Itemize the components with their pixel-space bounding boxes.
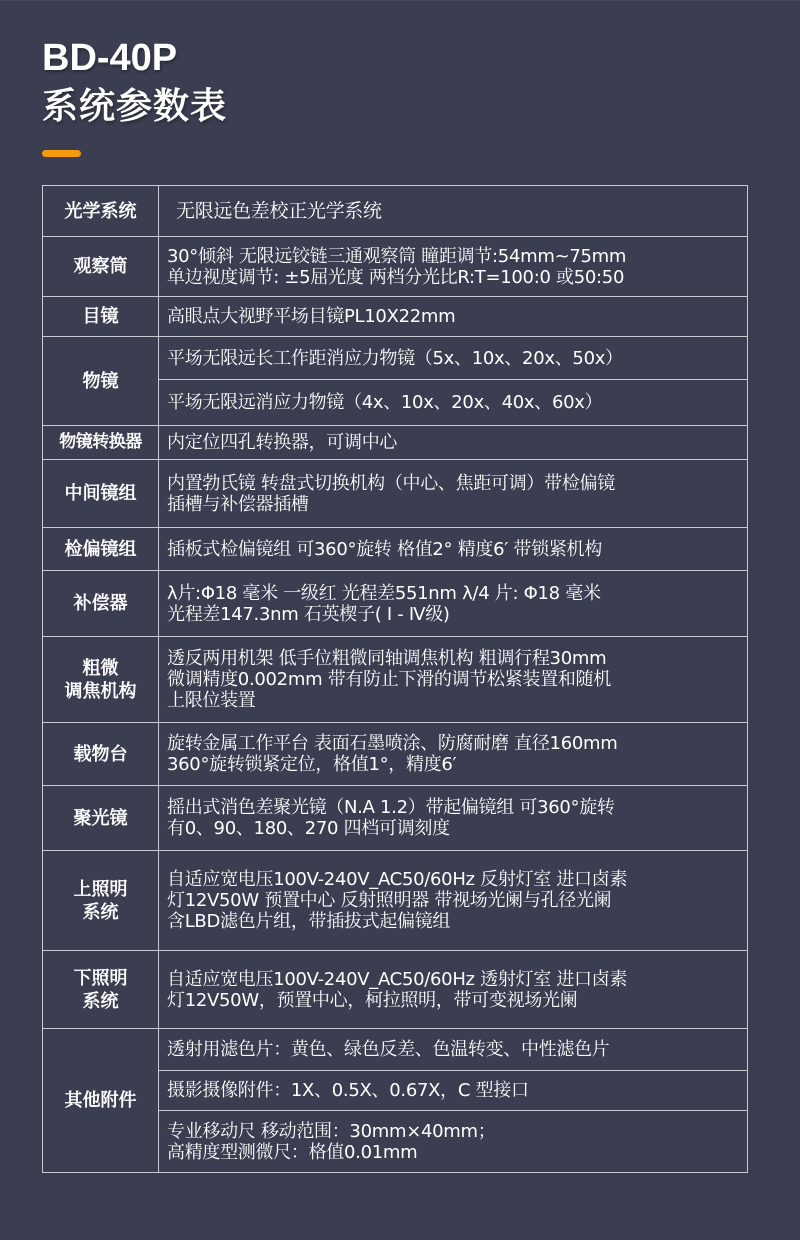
table-row-accessories: 其他附件 透射用滤色片：黄色、绿色反差、色温转变、中性滤色片	[43, 1029, 748, 1071]
row-label: 载物台	[43, 723, 159, 786]
table-row-upper-illumination: 上照明 系统 自适应宽电压100V-240V_AC50/60Hz 反射灯室 进口…	[43, 851, 748, 951]
row-value: 30°倾斜 无限远铰链三通观察筒 瞳距调节:54mm~75mm 单边视度调节: …	[159, 237, 748, 297]
row-value: 内置勃氏镜 转盘式切换机构（中心、焦距可调）带检偏镜 插槽与补偿器插槽	[159, 460, 748, 528]
row-value: 透反两用机架 低手位粗微同轴调焦机构 粗调行程30mm 微调精度0.002mm …	[159, 637, 748, 723]
row-label: 中间镜组	[43, 460, 159, 528]
row-label: 上照明 系统	[43, 851, 159, 951]
table-row-focusing: 粗微 调焦机构 透反两用机架 低手位粗微同轴调焦机构 粗调行程30mm 微调精度…	[43, 637, 748, 723]
title-block: BD-40P 系统参数表	[42, 36, 227, 132]
row-value: 旋转金属工作平台 表面石墨喷涂、防腐耐磨 直径160mm 360°旋转锁紧定位，…	[159, 723, 748, 786]
table-row-nosepiece: 物镜转换器 内定位四孔转换器，可调中心	[43, 426, 748, 460]
row-value: 摇出式消色差聚光镜（N.A 1.2）带起偏镜组 可360°旋转 有0、90、18…	[159, 786, 748, 851]
row-label: 下照明 系统	[43, 951, 159, 1029]
row-label: 物镜	[43, 337, 159, 426]
table-row-compensator: 补偿器 λ片:Φ18 毫米 一级红 光程差551nm λ/4 片: Φ18 毫米…	[43, 571, 748, 637]
accent-bar	[42, 150, 81, 157]
table-row-viewing-tube: 观察筒 30°倾斜 无限远铰链三通观察筒 瞳距调节:54mm~75mm 单边视度…	[43, 237, 748, 297]
row-value: 自适应宽电压100V-240V_AC50/60Hz 反射灯室 进口卤素 灯12V…	[159, 851, 748, 951]
table-row-eyepiece: 目镜 高眼点大视野平场目镜PL10X22mm	[43, 297, 748, 337]
table-row-optical-system: 光学系统 无限远色差校正光学系统	[43, 186, 748, 237]
table-row-intermediate-lens: 中间镜组 内置勃氏镜 转盘式切换机构（中心、焦距可调）带检偏镜 插槽与补偿器插槽	[43, 460, 748, 528]
row-value: 专业移动尺 移动范围：30mm×40mm； 高精度型测微尺：格值0.01mm	[159, 1111, 748, 1173]
row-label: 其他附件	[43, 1029, 159, 1173]
top-edge-line	[0, 0, 800, 1]
row-value: 平场无限远消应力物镜（4x、10x、20x、40x、60x）	[159, 380, 748, 426]
row-label: 检偏镜组	[43, 528, 159, 571]
row-value: 摄影摄像附件：1X、0.5X、0.67X，C 型接口	[159, 1071, 748, 1111]
row-label: 光学系统	[43, 186, 159, 237]
row-value: 插板式检偏镜组 可360°旋转 格值2° 精度6′ 带锁紧机构	[159, 528, 748, 571]
table-row-stage: 载物台 旋转金属工作平台 表面石墨喷涂、防腐耐磨 直径160mm 360°旋转锁…	[43, 723, 748, 786]
row-value: 平场无限远长工作距消应力物镜（5x、10x、20x、50x）	[159, 337, 748, 380]
row-label: 物镜转换器	[43, 426, 159, 460]
row-value: 自适应宽电压100V-240V_AC50/60Hz 透射灯室 进口卤素 灯12V…	[159, 951, 748, 1029]
row-value: 无限远色差校正光学系统	[159, 186, 748, 237]
row-label: 粗微 调焦机构	[43, 637, 159, 723]
row-value: 高眼点大视野平场目镜PL10X22mm	[159, 297, 748, 337]
table-row-analyzer: 检偏镜组 插板式检偏镜组 可360°旋转 格值2° 精度6′ 带锁紧机构	[43, 528, 748, 571]
row-label: 聚光镜	[43, 786, 159, 851]
table-row-objective: 物镜 平场无限远长工作距消应力物镜（5x、10x、20x、50x）	[43, 337, 748, 380]
row-value: 透射用滤色片：黄色、绿色反差、色温转变、中性滤色片	[159, 1029, 748, 1071]
row-label: 目镜	[43, 297, 159, 337]
row-label: 观察筒	[43, 237, 159, 297]
page-title: 系统参数表	[42, 82, 227, 132]
spec-table: 光学系统 无限远色差校正光学系统 观察筒 30°倾斜 无限远铰链三通观察筒 瞳距…	[42, 185, 748, 1173]
row-label: 补偿器	[43, 571, 159, 637]
row-value: λ片:Φ18 毫米 一级红 光程差551nm λ/4 片: Φ18 毫米 光程差…	[159, 571, 748, 637]
row-value: 内定位四孔转换器，可调中心	[159, 426, 748, 460]
model-name: BD-40P	[42, 36, 227, 80]
table-row-condenser: 聚光镜 摇出式消色差聚光镜（N.A 1.2）带起偏镜组 可360°旋转 有0、9…	[43, 786, 748, 851]
table-row-lower-illumination: 下照明 系统 自适应宽电压100V-240V_AC50/60Hz 透射灯室 进口…	[43, 951, 748, 1029]
